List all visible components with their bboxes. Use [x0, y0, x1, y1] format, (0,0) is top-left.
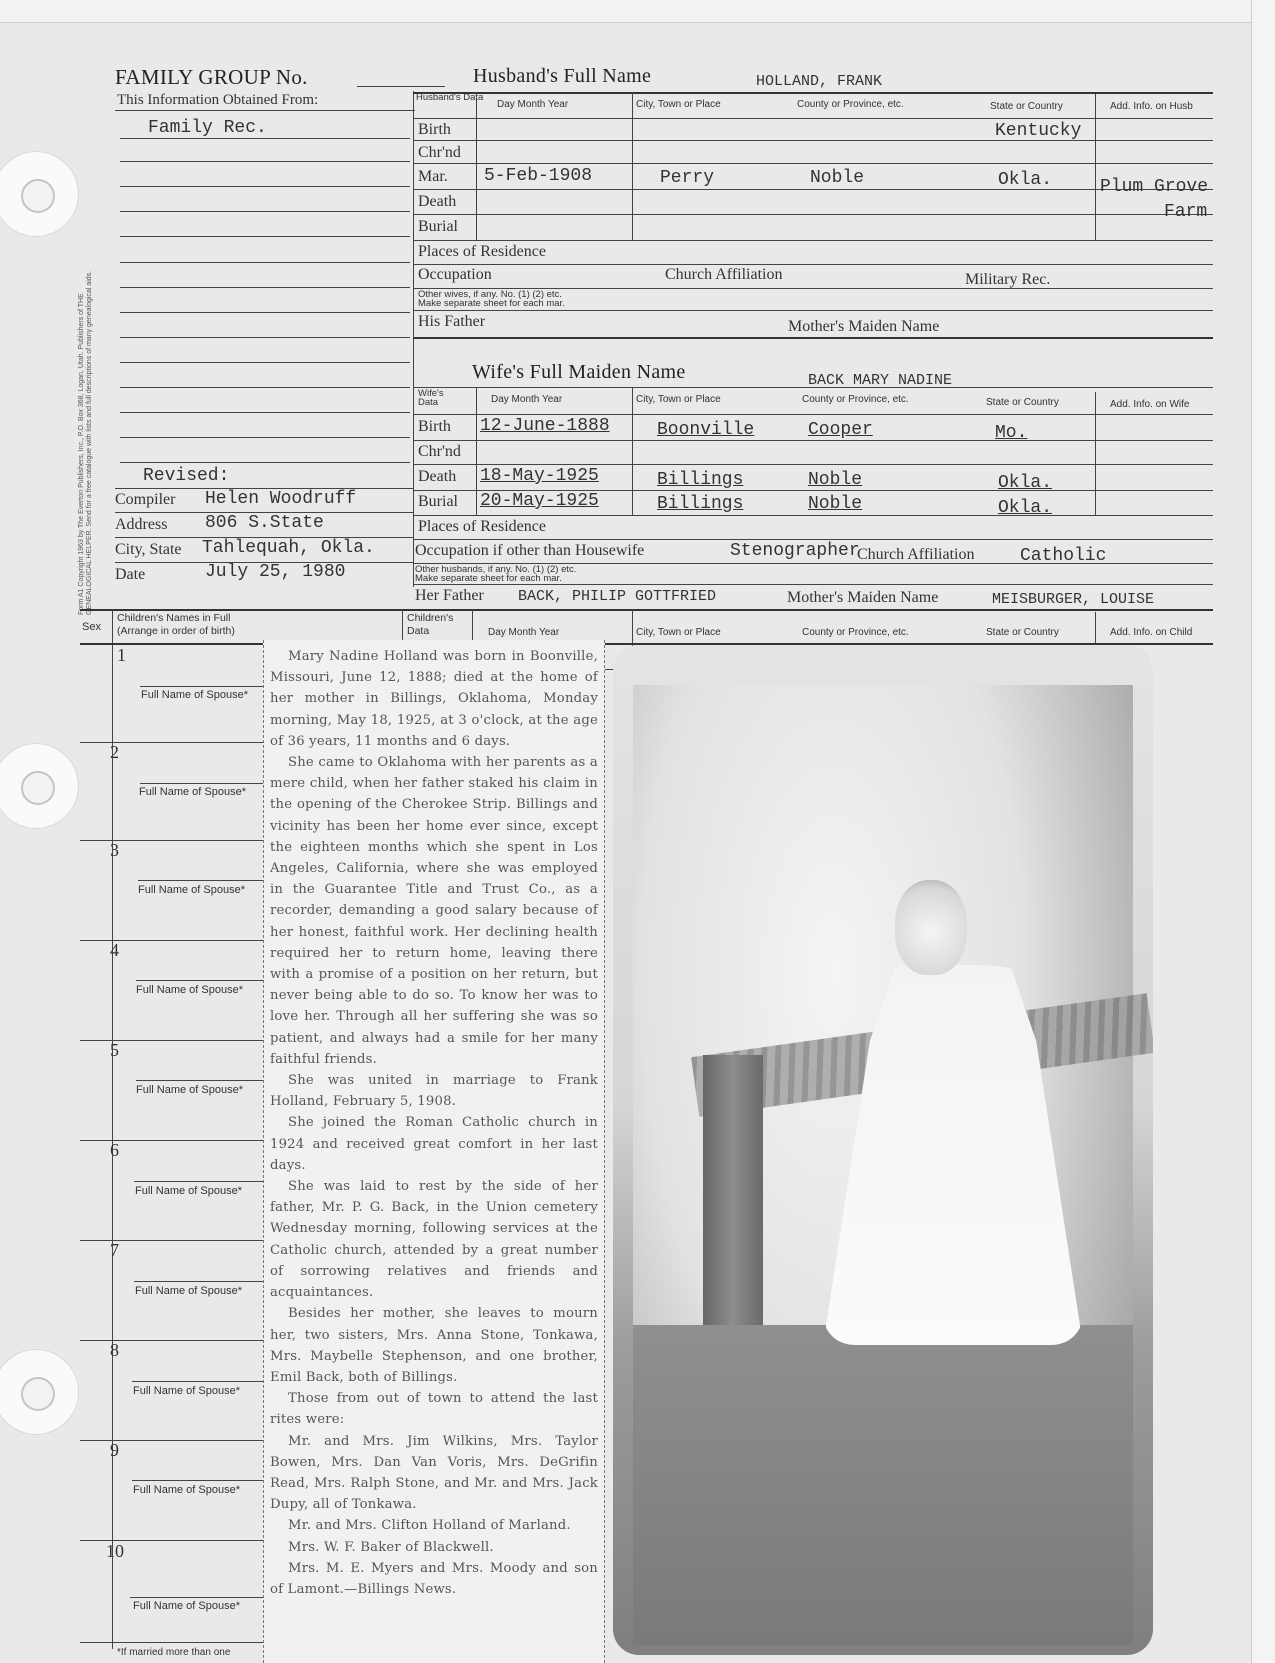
fence-post [703, 1055, 763, 1355]
obtained-from-value[interactable]: Family Rec. [148, 118, 267, 138]
obituary-paragraph: She joined the Roman Catholic church in … [264, 1112, 604, 1176]
wife-birth-county[interactable]: Cooper [808, 420, 873, 440]
children-col-state: State or Country [986, 627, 1059, 638]
her-mother-value[interactable]: MEISBURGER, LOUISE [992, 591, 1154, 608]
compiler-value[interactable]: Helen Woodruff [205, 489, 356, 509]
husband-name-value[interactable]: HOLLAND, FRANK [756, 73, 882, 90]
obituary-paragraph: She was laid to rest by the side of her … [264, 1176, 604, 1303]
spouse-label: Full Name of Spouse* [136, 984, 243, 996]
city-state-label: City, State [115, 541, 182, 559]
child-number: 5 [110, 1040, 119, 1061]
husband-col-county: County or Province, etc. [797, 99, 904, 110]
wife-col-city: City, Town or Place [636, 394, 721, 405]
husband-residence-label: Places of Residence [418, 243, 546, 261]
spouse-label: Full Name of Spouse* [136, 1084, 243, 1096]
compiler-label: Compiler [115, 491, 175, 509]
portrait-photo [613, 645, 1153, 1655]
other-wives-label: Other wives, if any. No. (1) (2) etc.Mak… [418, 290, 565, 308]
child-number: 10 [106, 1541, 124, 1562]
spouse-label: Full Name of Spouse* [139, 786, 246, 798]
obituary-paragraph: She was united in marriage to Frank Holl… [264, 1070, 604, 1112]
her-father-value[interactable]: BACK, PHILIP GOTTFRIED [518, 588, 716, 605]
children-col-county: County or Province, etc. [802, 627, 909, 638]
publisher-note: Form A1 Copyright 1963 by The Everton Pu… [78, 245, 94, 615]
husband-name-label: Husband's Full Name [473, 65, 651, 88]
husband-birth-state[interactable]: Kentucky [995, 121, 1081, 141]
obituary-paragraph: Besides her mother, she leaves to mourn … [264, 1303, 604, 1388]
wife-col-date: Day Month Year [491, 394, 562, 405]
wife-col-county: County or Province, etc. [802, 394, 909, 405]
scan-right-edge [1251, 0, 1275, 1663]
husband-data-label: Husband's Data [416, 93, 483, 102]
husband-col-city: City, Town or Place [636, 99, 721, 110]
child-number: 1 [117, 645, 126, 666]
wife-name-label: Wife's Full Maiden Name [472, 361, 686, 384]
other-husbands-label: Other husbands, if any. No. (1) (2) etc.… [415, 565, 576, 583]
child-number: 4 [110, 940, 119, 961]
sex-label: Sex [82, 621, 101, 633]
obituary-paragraph: Mr. and Mrs. Clifton Holland of Marland. [264, 1515, 604, 1536]
marriage-date[interactable]: 5-Feb-1908 [484, 166, 592, 186]
marriage-state[interactable]: Okla. [998, 170, 1052, 190]
wife-church-label: Church Affiliation [857, 546, 974, 564]
wife-death-date[interactable]: 18-May-1925 [480, 466, 599, 486]
obituary-clipping: Mary Nadine Holland was born in Boonvill… [263, 640, 605, 1663]
obtained-from-label: This Information Obtained From: [117, 92, 318, 109]
children-names-label: Children's Names in Full(Arrange in orde… [117, 612, 235, 638]
child-number: 6 [110, 1140, 119, 1161]
spouse-label: Full Name of Spouse* [135, 1285, 242, 1297]
children-col-date: Day Month Year [488, 627, 559, 638]
children-col-addinfo: Add. Info. on Child [1110, 627, 1192, 638]
wife-residence-label: Places of Residence [418, 518, 546, 536]
city-state-value[interactable]: Tahlequah, Okla. [202, 538, 375, 558]
children-col-city: City, Town or Place [636, 627, 721, 638]
wife-birth-city[interactable]: Boonville [657, 420, 754, 440]
child-number: 3 [110, 840, 119, 861]
scan-top-strip [0, 0, 1275, 22]
address-value[interactable]: 806 S.State [205, 513, 324, 533]
husband-col-addinfo: Add. Info. on Husb [1110, 101, 1193, 112]
spouse-label: Full Name of Spouse* [133, 1600, 240, 1612]
child-number: 8 [110, 1340, 119, 1361]
obituary-paragraph: Mrs. W. F. Baker of Blackwell. [264, 1537, 604, 1558]
wife-data-label: Wife'sData [418, 389, 444, 407]
girl-head [895, 880, 967, 975]
child-number: 2 [110, 742, 119, 763]
marriage-info-cont[interactable]: Farm [1164, 202, 1207, 222]
his-father-label: His Father [418, 313, 485, 331]
wife-birth-state[interactable]: Mo. [995, 423, 1027, 443]
husband-col-state: State or Country [990, 101, 1063, 112]
children-data-label: Children'sData [407, 612, 453, 638]
wife-burial-city[interactable]: Billings [657, 494, 743, 514]
family-group-number-field[interactable] [357, 86, 445, 87]
wife-burial-state[interactable]: Okla. [998, 498, 1052, 518]
marriage-county[interactable]: Noble [810, 168, 864, 188]
child-number: 9 [110, 1440, 119, 1461]
spouse-label: Full Name of Spouse* [133, 1385, 240, 1397]
marriage-city[interactable]: Perry [660, 168, 714, 188]
date-label: Date [115, 566, 145, 584]
her-father-label: Her Father [415, 587, 484, 605]
family-group-label: FAMILY GROUP No. [115, 65, 308, 90]
photo-backdrop [633, 685, 1133, 1645]
obituary-paragraph: Those from out of town to attend the las… [264, 1388, 604, 1430]
wife-death-county[interactable]: Noble [808, 470, 862, 490]
husband-col-date: Day Month Year [497, 99, 568, 110]
wife-occupation-value[interactable]: Stenographer [730, 541, 860, 561]
marriage-info[interactable]: Plum Grove [1100, 177, 1208, 197]
spouse-label: Full Name of Spouse* [138, 884, 245, 896]
address-label: Address [115, 516, 167, 534]
wife-col-state: State or Country [986, 397, 1059, 408]
wife-burial-county[interactable]: Noble [808, 494, 862, 514]
spouse-label: Full Name of Spouse* [135, 1185, 242, 1197]
wife-burial-date[interactable]: 20-May-1925 [480, 491, 599, 511]
his-mother-label: Mother's Maiden Name [788, 318, 939, 336]
wife-death-city[interactable]: Billings [657, 470, 743, 490]
spouse-label: Full Name of Spouse* [141, 689, 248, 701]
husband-military-label: Military Rec. [965, 271, 1050, 289]
child-number: 7 [110, 1240, 119, 1261]
wife-occupation-label: Occupation if other than Housewife [415, 542, 644, 560]
date-value[interactable]: July 25, 1980 [205, 562, 345, 582]
wife-col-addinfo: Add. Info. on Wife [1110, 399, 1190, 410]
spouse-footnote: *If married more than one [117, 1647, 230, 1658]
spouse-label: Full Name of Spouse* [133, 1484, 240, 1496]
obituary-paragraph: Mrs. M. E. Myers and Mrs. Moody and son … [264, 1558, 604, 1600]
obituary-paragraph: Mr. and Mrs. Jim Wilkins, Mrs. Taylor Bo… [264, 1431, 604, 1516]
husband-church-label: Church Affiliation [665, 266, 782, 284]
obituary-paragraph: She came to Oklahoma with her parents as… [264, 752, 604, 1070]
wife-birth-date[interactable]: 12-June-1888 [480, 416, 610, 436]
revised-label: Revised: [143, 466, 229, 486]
husband-occupation-label: Occupation [418, 266, 492, 284]
obituary-paragraph: Mary Nadine Holland was born in Boonvill… [264, 646, 604, 752]
her-mother-label: Mother's Maiden Name [787, 589, 938, 607]
wife-death-state[interactable]: Okla. [998, 473, 1052, 493]
photo-ground [633, 1325, 1133, 1645]
